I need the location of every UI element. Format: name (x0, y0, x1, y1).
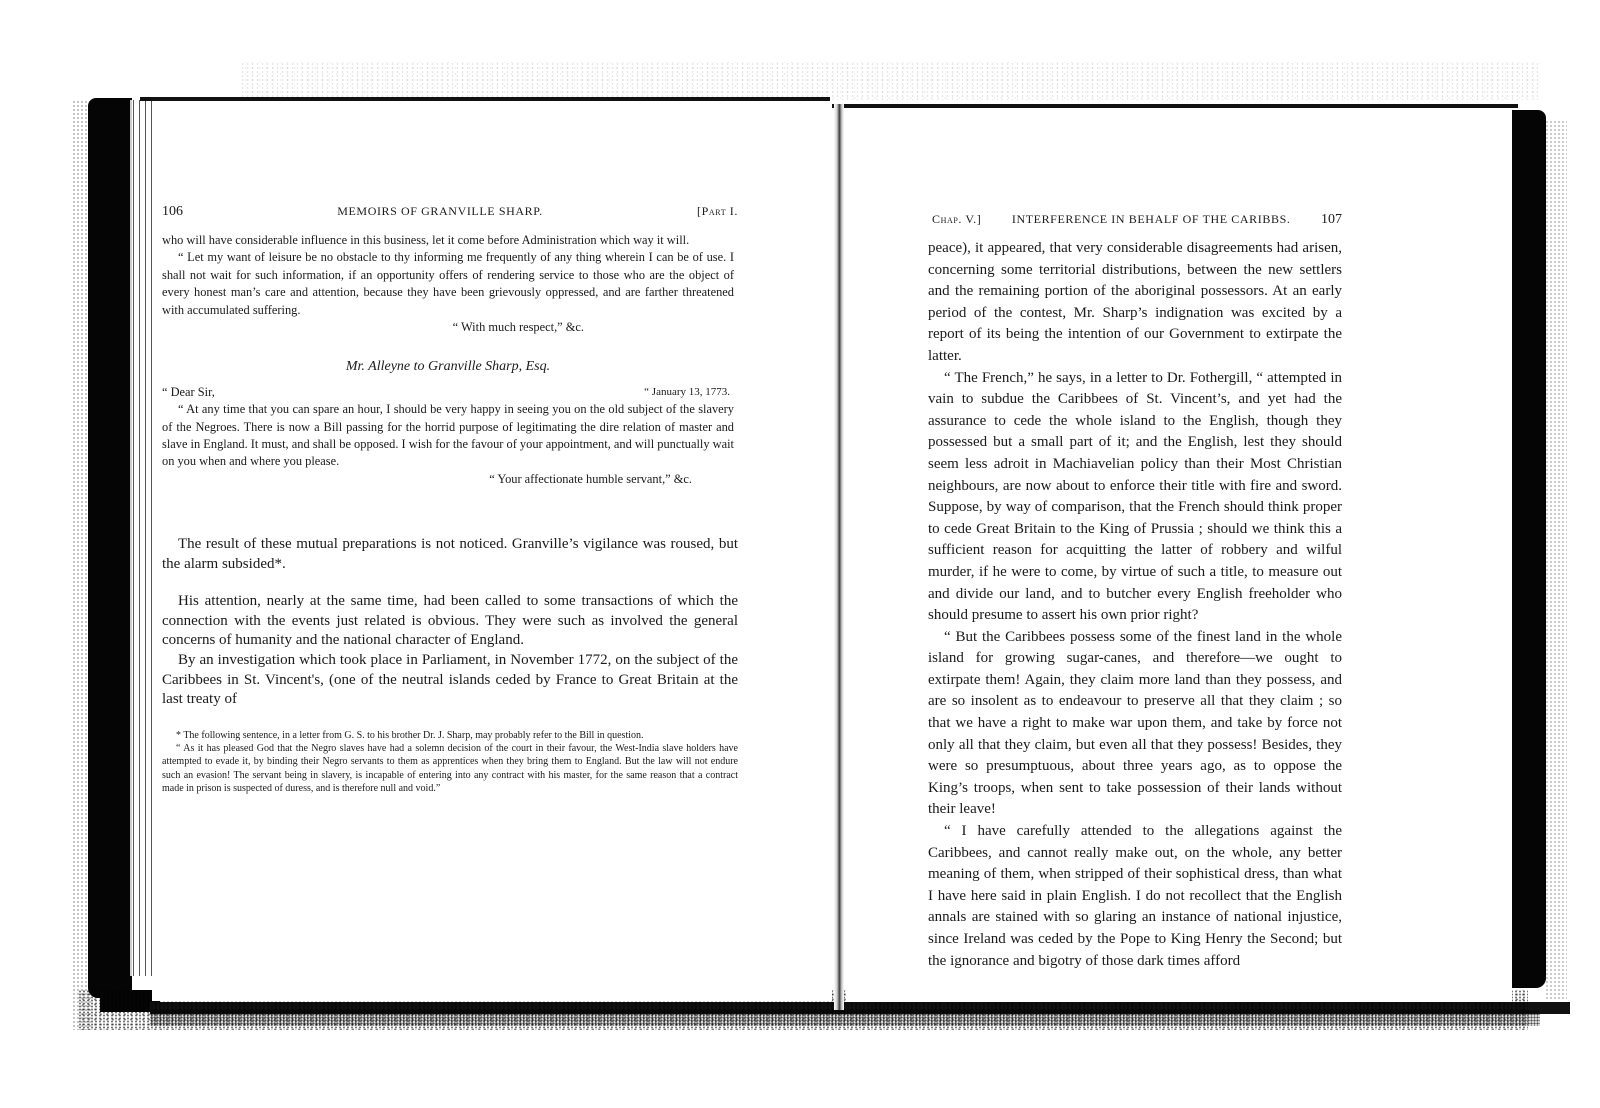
body-paragraph: “ But the Caribbees possess some of the … (928, 627, 1342, 821)
right-running-head: Chap. V.] INTERFERENCE IN BEHALF OF THE … (932, 212, 1342, 228)
body-paragraph: By an investigation which took place in … (162, 651, 738, 710)
letter-continuation-paragraph: “ Let my want of leisure be no obstacle … (162, 249, 734, 319)
letter-body: “ At any time that you can spare an hour… (162, 401, 734, 471)
letter-salutation: “ Dear Sir, (162, 384, 215, 401)
scan-noise-top (240, 62, 1540, 100)
body-paragraph: The result of these mutual preparations … (162, 535, 738, 574)
letter-section: who will have considerable influence in … (162, 232, 734, 488)
scan-noise-right (1545, 120, 1567, 1000)
footnotes: * The following sentence, in a letter fr… (162, 729, 738, 795)
body-paragraph: His attention, nearly at the same time, … (162, 592, 738, 651)
running-title-right: INTERFERENCE IN BEHALF OF THE CARIBBS. (1012, 212, 1291, 227)
left-running-head: 106 MEMOIRS OF GRANVILLE SHARP. [Part I. (162, 204, 738, 220)
main-text-left: The result of these mutual preparations … (162, 535, 738, 710)
book-gutter (834, 104, 844, 1010)
footnote: * The following sentence, in a letter fr… (162, 729, 738, 742)
right-page: Chap. V.] INTERFERENCE IN BEHALF OF THE … (846, 108, 1512, 1002)
left-page: 106 MEMOIRS OF GRANVILLE SHARP. [Part I.… (152, 101, 832, 1001)
letter-salutation-row: “ Dear Sir, “ January 13, 1773. (162, 384, 734, 401)
page-edges-stack (130, 100, 152, 976)
chapter-label: Chap. V.] (932, 212, 981, 227)
page-number-right: 107 (1321, 212, 1342, 228)
body-paragraph: peace), it appeared, that very considera… (928, 238, 1342, 368)
page-number-left: 106 (162, 204, 183, 220)
part-label: [Part I. (697, 204, 738, 219)
book-cover-left-edge (88, 98, 132, 998)
main-text-right: peace), it appeared, that very considera… (928, 238, 1342, 972)
running-title-left: MEMOIRS OF GRANVILLE SHARP. (337, 204, 543, 219)
letter-signoff-2: “ Your affectionate humble servant,” &c. (162, 471, 734, 488)
footnote-quote: “ As it has pleased God that the Negro s… (162, 742, 738, 795)
body-paragraph: “ The French,” he says, in a letter to D… (928, 368, 1342, 627)
letter-date: “ January 13, 1773. (644, 384, 734, 401)
letter-signoff: “ With much respect,” &c. (162, 319, 734, 336)
letter-continuation-paragraph: who will have considerable influence in … (162, 232, 734, 249)
letter-heading: Mr. Alleyne to Granville Sharp, Esq. (162, 358, 734, 375)
book-cover-right-edge (1512, 110, 1546, 988)
body-paragraph: “ I have carefully attended to the alleg… (928, 821, 1342, 972)
